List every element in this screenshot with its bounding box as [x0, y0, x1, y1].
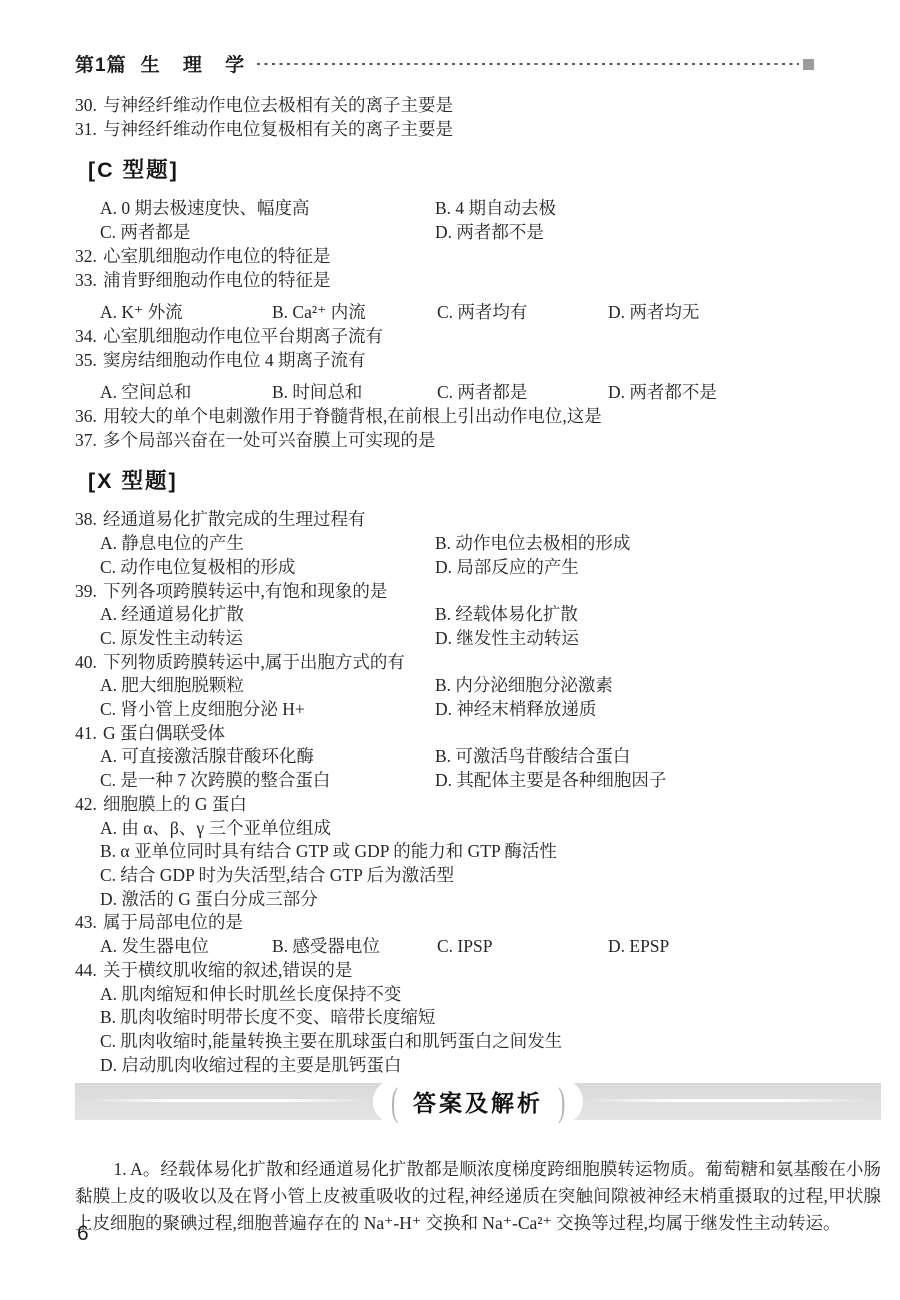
option: D. 神经末梢释放递质 [435, 698, 881, 722]
option-row: C. 两者都是 D. 两者都不是 [75, 221, 881, 245]
option: D. 两者都不是 [608, 381, 881, 405]
option: D. 继发性主动转运 [435, 627, 881, 651]
option-row: C. 肌肉收缩时,能量转换主要在肌球蛋白和肌钙蛋白之间发生 [75, 1030, 881, 1054]
option: A. 0 期去极速度快、幅度高 [100, 197, 435, 221]
question-32: 32. 心室肌细胞动作电位的特征是 [75, 245, 881, 269]
question-number: 40. [75, 651, 103, 675]
option: A. 肥大细胞脱颗粒 [100, 674, 435, 698]
option: C. 结合 GDP 时为失活型,结合 GTP 后为激活型 [100, 865, 454, 885]
option: B. 内分泌细胞分泌激素 [435, 674, 881, 698]
option: D. 启动肌肉收缩过程的主要是肌钙蛋白 [100, 1055, 401, 1075]
question-number: 42. [75, 793, 103, 817]
running-header: 第1篇 生 理 学 [75, 50, 814, 76]
header-end-square [803, 59, 814, 70]
option: C. 两者都是 [437, 381, 608, 405]
option: C. 肾小管上皮细胞分泌 H+ [100, 698, 435, 722]
question-34: 34. 心室肌细胞动作电位平台期离子流有 [75, 325, 881, 349]
option: B. 4 期自动去极 [435, 197, 881, 221]
question-text: 下列各项跨膜转运中,有饱和现象的是 [103, 580, 881, 604]
question-text: G 蛋白偶联受体 [103, 722, 881, 746]
question-number: 34. [75, 325, 103, 349]
option-row: C. 原发性主动转运 D. 继发性主动转运 [75, 627, 881, 651]
option: C. 肌肉收缩时,能量转换主要在肌球蛋白和肌钙蛋白之间发生 [100, 1031, 562, 1051]
option: A. 肌肉缩短和伸长时肌丝长度保持不变 [100, 984, 401, 1004]
option: B. 可激活鸟苷酸结合蛋白 [435, 745, 881, 769]
option: A. 空间总和 [100, 381, 272, 405]
option-row: A. 静息电位的产生 B. 动作电位去极相的形成 [75, 532, 881, 556]
question-number: 41. [75, 722, 103, 746]
answers-banner-title: 答案及解析 [413, 1085, 543, 1118]
option-row: A. K⁺ 外流 B. Ca²⁺ 内流 C. 两者均有 D. 两者均无 [75, 301, 881, 325]
option: D. 两者都不是 [435, 221, 881, 245]
section-title-c-type: [C 型题] [75, 155, 881, 185]
question-text: 属于局部电位的是 [103, 911, 881, 935]
header-dotted-rule [257, 63, 799, 65]
option-row: A. 肥大细胞脱颗粒 B. 内分泌细胞分泌激素 [75, 674, 881, 698]
option: A. 由 α、β、γ 三个亚单位组成 [100, 818, 331, 838]
option-row: C. 肾小管上皮细胞分泌 H+ D. 神经末梢释放递质 [75, 698, 881, 722]
question-43: 43. 属于局部电位的是 [75, 911, 881, 935]
option: B. 时间总和 [272, 381, 437, 405]
option-row: B. 肌肉收缩时明带长度不变、暗带长度缩短 [75, 1006, 881, 1030]
question-number: 44. [75, 959, 103, 983]
banner-bar-right [573, 1083, 881, 1120]
option: C. 两者均有 [437, 301, 608, 325]
option-row: D. 启动肌肉收缩过程的主要是肌钙蛋白 [75, 1054, 881, 1078]
option: B. 动作电位去极相的形成 [435, 532, 881, 556]
option-row: A. 0 期去极速度快、幅度高 B. 4 期自动去极 [75, 197, 881, 221]
option: C. IPSP [437, 935, 608, 959]
question-number: 38. [75, 508, 103, 532]
question-text: 多个局部兴奋在一处可兴奋膜上可实现的是 [103, 429, 881, 453]
option: D. EPSP [608, 935, 881, 959]
page-number: 6 [77, 1222, 89, 1246]
option-row: A. 经通道易化扩散 B. 经载体易化扩散 [75, 603, 881, 627]
question-40: 40. 下列物质跨膜转运中,属于出胞方式的有 [75, 651, 881, 675]
question-41: 41. G 蛋白偶联受体 [75, 722, 881, 746]
book-page: 第1篇 生 理 学 30. 与神经纤维动作电位去极相有关的离子主要是 31. 与… [0, 0, 900, 1300]
question-text: 关于横纹肌收缩的叙述,错误的是 [103, 959, 881, 983]
question-36: 36. 用较大的单个电刺激作用于脊髓背根,在前根上引出动作电位,这是 [75, 405, 881, 429]
question-text: 与神经纤维动作电位去极相有关的离子主要是 [103, 94, 881, 118]
option: D. 激活的 G 蛋白分成三部分 [100, 889, 318, 909]
question-text: 心室肌细胞动作电位平台期离子流有 [103, 325, 881, 349]
question-number: 35. [75, 349, 103, 373]
question-37: 37. 多个局部兴奋在一处可兴奋膜上可实现的是 [75, 429, 881, 453]
question-list: 30. 与神经纤维动作电位去极相有关的离子主要是 31. 与神经纤维动作电位复极… [75, 94, 881, 1077]
option: C. 两者都是 [100, 221, 435, 245]
option: A. 可直接激活腺苷酸环化酶 [100, 745, 435, 769]
question-text: 用较大的单个电刺激作用于脊髓背根,在前根上引出动作电位,这是 [103, 405, 881, 429]
option: C. 动作电位复极相的形成 [100, 556, 435, 580]
question-33: 33. 浦肯野细胞动作电位的特征是 [75, 269, 881, 293]
question-text: 细胞膜上的 G 蛋白 [103, 793, 881, 817]
answer-explanation: 1. A。经载体易化扩散和经通道易化扩散都是顺浓度梯度跨细胞膜转运物质。葡萄糖和… [75, 1156, 881, 1238]
option: D. 其配体主要是各种细胞因子 [435, 769, 881, 793]
option: D. 局部反应的产生 [435, 556, 881, 580]
option: A. 经通道易化扩散 [100, 603, 435, 627]
option: A. 发生器电位 [100, 935, 272, 959]
question-number: 32. [75, 245, 103, 269]
banner-bar-left [75, 1083, 383, 1120]
option: C. 是一种 7 次跨膜的整合蛋白 [100, 769, 435, 793]
option: A. 静息电位的产生 [100, 532, 435, 556]
option: A. K⁺ 外流 [100, 301, 272, 325]
question-text: 窦房结细胞动作电位 4 期离子流有 [103, 349, 881, 373]
answers-banner: ( 答案及解析 ) [75, 1083, 881, 1120]
question-number: 31. [75, 118, 103, 142]
option-row: A. 由 α、β、γ 三个亚单位组成 [75, 817, 881, 841]
question-44: 44. 关于横纹肌收缩的叙述,错误的是 [75, 959, 881, 983]
option: B. Ca²⁺ 内流 [272, 301, 437, 325]
question-text: 心室肌细胞动作电位的特征是 [103, 245, 881, 269]
option-row: B. α 亚单位同时具有结合 GTP 或 GDP 的能力和 GTP 酶活性 [75, 840, 881, 864]
question-number: 39. [75, 580, 103, 604]
question-text: 浦肯野细胞动作电位的特征是 [103, 269, 881, 293]
part-label: 第1篇 [75, 50, 127, 77]
option-row: A. 可直接激活腺苷酸环化酶 B. 可激活鸟苷酸结合蛋白 [75, 745, 881, 769]
option: B. 经载体易化扩散 [435, 603, 881, 627]
option: B. 感受器电位 [272, 935, 437, 959]
question-number: 30. [75, 94, 103, 118]
question-number: 37. [75, 429, 103, 453]
question-30: 30. 与神经纤维动作电位去极相有关的离子主要是 [75, 94, 881, 118]
question-35: 35. 窦房结细胞动作电位 4 期离子流有 [75, 349, 881, 373]
subject-title: 生 理 学 [141, 50, 254, 77]
question-31: 31. 与神经纤维动作电位复极相有关的离子主要是 [75, 118, 881, 142]
option-row: C. 结合 GDP 时为失活型,结合 GTP 后为激活型 [75, 864, 881, 888]
question-text: 与神经纤维动作电位复极相有关的离子主要是 [103, 118, 881, 142]
question-number: 43. [75, 911, 103, 935]
banner-paren-left: ( [391, 1082, 398, 1122]
banner-label-pill: ( 答案及解析 ) [373, 1079, 583, 1124]
question-number: 33. [75, 269, 103, 293]
question-number: 36. [75, 405, 103, 429]
question-39: 39. 下列各项跨膜转运中,有饱和现象的是 [75, 580, 881, 604]
section-title-x-type: [X 型题] [75, 466, 881, 496]
option-row: A. 肌肉缩短和伸长时肌丝长度保持不变 [75, 983, 881, 1007]
option-row: C. 动作电位复极相的形成 D. 局部反应的产生 [75, 556, 881, 580]
question-text: 经通道易化扩散完成的生理过程有 [103, 508, 881, 532]
option: B. 肌肉收缩时明带长度不变、暗带长度缩短 [100, 1007, 435, 1027]
option-row: A. 发生器电位 B. 感受器电位 C. IPSP D. EPSP [75, 935, 881, 959]
option-row: A. 空间总和 B. 时间总和 C. 两者都是 D. 两者都不是 [75, 381, 881, 405]
option-row: D. 激活的 G 蛋白分成三部分 [75, 888, 881, 912]
option-row: C. 是一种 7 次跨膜的整合蛋白 D. 其配体主要是各种细胞因子 [75, 769, 881, 793]
option: D. 两者均无 [608, 301, 881, 325]
question-38: 38. 经通道易化扩散完成的生理过程有 [75, 508, 881, 532]
banner-paren-right: ) [558, 1082, 565, 1122]
option: B. α 亚单位同时具有结合 GTP 或 GDP 的能力和 GTP 酶活性 [100, 841, 557, 861]
question-42: 42. 细胞膜上的 G 蛋白 [75, 793, 881, 817]
question-text: 下列物质跨膜转运中,属于出胞方式的有 [103, 651, 881, 675]
option: C. 原发性主动转运 [100, 627, 435, 651]
